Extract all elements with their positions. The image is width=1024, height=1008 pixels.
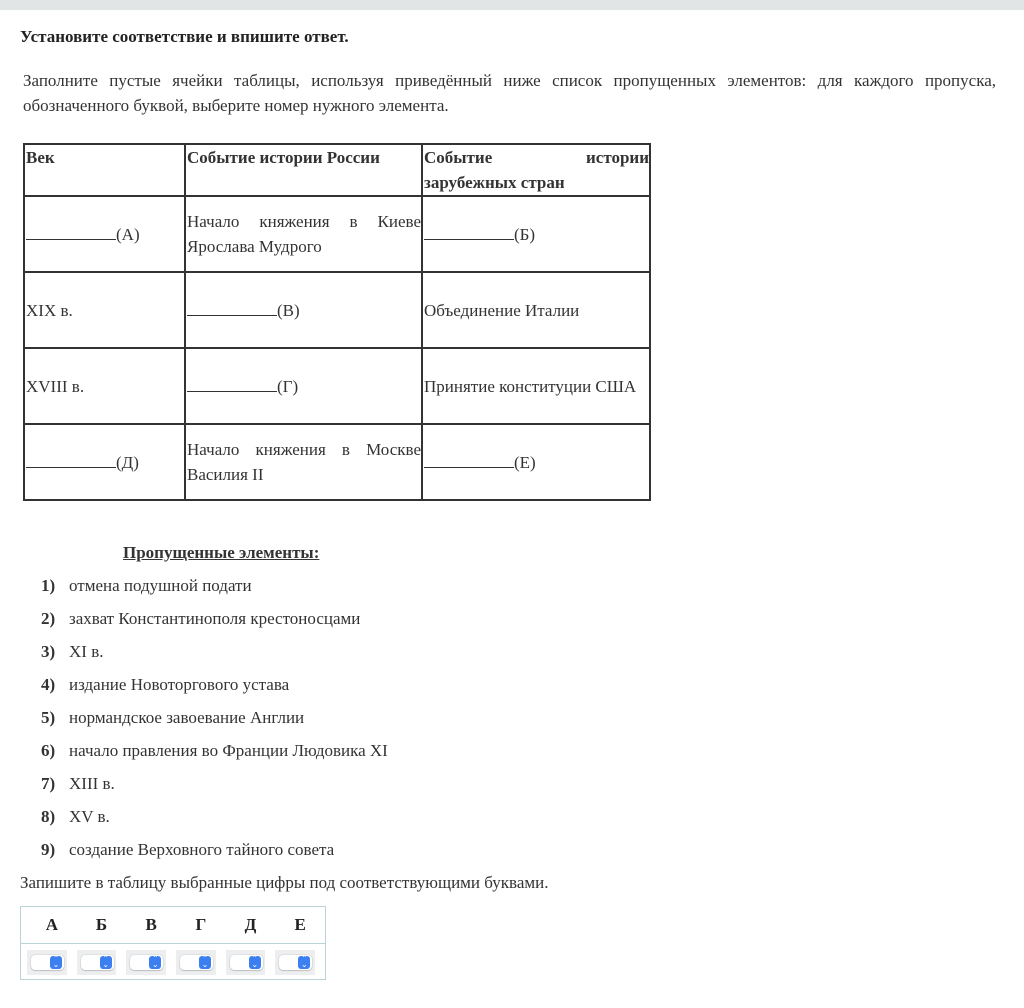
- blank-line: [187, 299, 277, 316]
- list-item: 2)захват Константинополя крестоносцами: [41, 609, 388, 642]
- answer-table: А Б В Г Д Е ⌃⌄ ⌃⌄ ⌃⌄ ⌃⌄ ⌃⌄ ⌃⌄: [20, 906, 326, 980]
- cell-blank-d: (Д): [24, 424, 185, 500]
- table-header-row: Век Событие истории России Событие истор…: [24, 144, 650, 196]
- cell-event: Начало княжения в Киеве Ярослава Мудрого: [185, 196, 422, 272]
- answer-select-e[interactable]: ⌃⌄: [279, 955, 312, 970]
- missing-elements-title: Пропущенные элементы:: [123, 543, 319, 563]
- answer-cell: ⌃⌄: [275, 950, 315, 975]
- list-item: 1)отмена подушной подати: [41, 576, 388, 609]
- list-item: 3)XI в.: [41, 642, 388, 675]
- cell-event: Принятие конституции США: [422, 348, 650, 424]
- answer-instruction: Запишите в таблицу выбранные цифры под с…: [20, 873, 549, 893]
- cell-blank-e: (Е): [422, 424, 650, 500]
- answer-select-g[interactable]: ⌃⌄: [180, 955, 213, 970]
- header-century: Век: [24, 144, 185, 196]
- table-row: (Д) Начало княжения в Москве Василия II …: [24, 424, 650, 500]
- answer-select-a[interactable]: ⌃⌄: [31, 955, 64, 970]
- answer-letter-g: Г: [176, 907, 226, 943]
- answer-cell: ⌃⌄: [27, 950, 67, 975]
- updown-chevron-icon: ⌃⌄: [249, 956, 261, 969]
- cell-blank-v: (В): [185, 272, 422, 348]
- header-russia-event: Событие истории России: [185, 144, 422, 196]
- answer-select-d[interactable]: ⌃⌄: [230, 955, 263, 970]
- updown-chevron-icon: ⌃⌄: [149, 956, 161, 969]
- answer-cell: ⌃⌄: [226, 950, 266, 975]
- answer-letter-v: В: [126, 907, 176, 943]
- table-row: (А) Начало княжения в Киеве Ярослава Муд…: [24, 196, 650, 272]
- answer-select-v[interactable]: ⌃⌄: [130, 955, 163, 970]
- answer-letters-row: А Б В Г Д Е: [21, 907, 325, 944]
- blank-line: [424, 451, 514, 468]
- updown-chevron-icon: ⌃⌄: [199, 956, 211, 969]
- cell-century: XVIII в.: [24, 348, 185, 424]
- answer-cell: ⌃⌄: [126, 950, 166, 975]
- list-item: 8)XV в.: [41, 807, 388, 840]
- answer-letter-a: А: [27, 907, 77, 943]
- cell-blank-b: (Б): [422, 196, 650, 272]
- answer-select-b[interactable]: ⌃⌄: [81, 955, 114, 970]
- header-foreign-event: Событие истории зарубежных стран: [422, 144, 650, 196]
- table-row: XIX в. (В) Объединение Италии: [24, 272, 650, 348]
- list-item: 7)XIII в.: [41, 774, 388, 807]
- answer-cell: ⌃⌄: [176, 950, 216, 975]
- missing-elements-list: 1)отмена подушной подати 2)захват Конста…: [41, 576, 388, 873]
- list-item: 6)начало правления во Франции Людовика X…: [41, 741, 388, 774]
- cell-blank-a: (А): [24, 196, 185, 272]
- answer-selects-row: ⌃⌄ ⌃⌄ ⌃⌄ ⌃⌄ ⌃⌄ ⌃⌄: [21, 944, 325, 975]
- blank-line: [187, 375, 277, 392]
- task-title: Установите соответствие и впишите ответ.: [20, 27, 349, 47]
- answer-letter-b: Б: [77, 907, 127, 943]
- updown-chevron-icon: ⌃⌄: [100, 956, 112, 969]
- updown-chevron-icon: ⌃⌄: [298, 956, 310, 969]
- list-item: 9)создание Верховного тайного совета: [41, 840, 388, 873]
- cell-event: Начало княжения в Москве Василия II: [185, 424, 422, 500]
- cell-blank-g: (Г): [185, 348, 422, 424]
- task-intro: Заполните пустые ячейки таблицы, использ…: [23, 68, 996, 118]
- history-table: Век Событие истории России Событие истор…: [23, 143, 651, 501]
- cell-event: Объединение Италии: [422, 272, 650, 348]
- blank-line: [26, 451, 116, 468]
- top-bar: [0, 0, 1024, 10]
- updown-chevron-icon: ⌃⌄: [50, 956, 62, 969]
- answer-cell: ⌃⌄: [77, 950, 117, 975]
- answer-letter-d: Д: [226, 907, 276, 943]
- answer-letter-e: Е: [275, 907, 325, 943]
- table-row: XVIII в. (Г) Принятие конституции США: [24, 348, 650, 424]
- blank-line: [424, 223, 514, 240]
- list-item: 4)издание Новоторгового устава: [41, 675, 388, 708]
- blank-line: [26, 223, 116, 240]
- list-item: 5)нормандское завоевание Англии: [41, 708, 388, 741]
- cell-century: XIX в.: [24, 272, 185, 348]
